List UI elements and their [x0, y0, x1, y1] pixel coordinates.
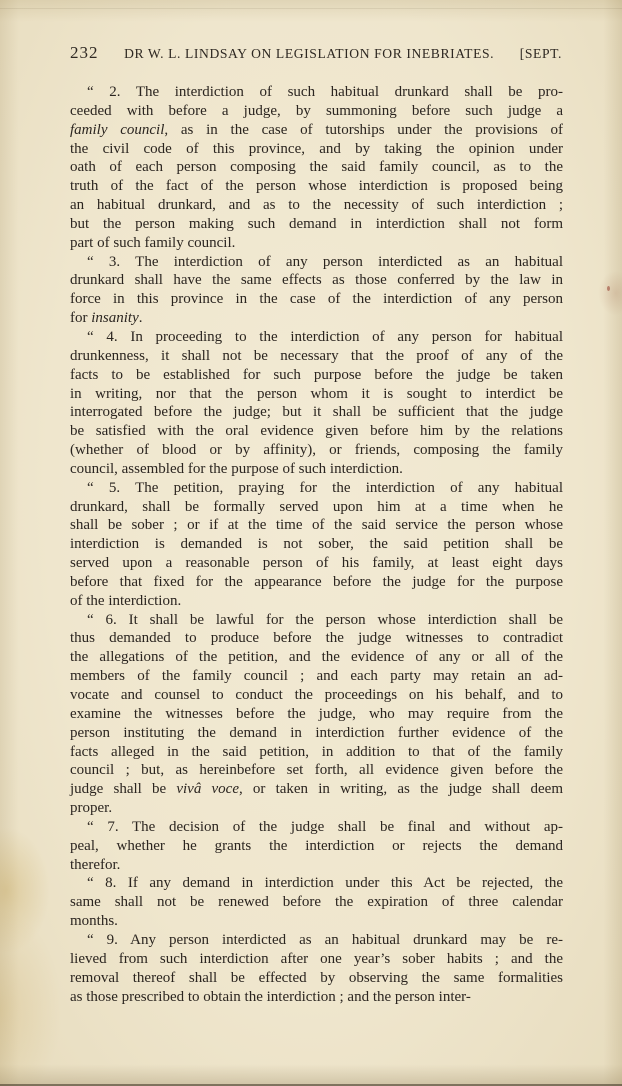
text-line: members of the family council ; and each…: [70, 667, 563, 686]
text-line: shall be sober ; or if at the time of th…: [70, 516, 563, 535]
text-line: served upon a reasonable person of his f…: [70, 554, 563, 573]
text-line: interdiction is demanded is not sober, t…: [70, 535, 563, 554]
paragraph: “ 7. The decision of the judge shall be …: [70, 818, 563, 875]
paragraph: “ 9. Any person interdicted as an habitu…: [70, 931, 563, 1006]
paragraph: “ 2. The interdiction of such habitual d…: [70, 83, 563, 253]
text-line: but the person making such demand in int…: [70, 215, 563, 234]
text-line: oath of each person composing the said f…: [70, 158, 563, 177]
text-line: the civil code of this province, and by …: [70, 140, 563, 159]
text-line: lieved from such interdiction after one …: [70, 950, 563, 969]
text-line: council, assembled for the purpose of su…: [70, 460, 563, 479]
text-line: council ; but, as hereinbefore set forth…: [70, 761, 563, 780]
paragraph: “ 4. In proceeding to the interdiction o…: [70, 328, 563, 479]
header-date: [SEPT.: [520, 46, 562, 62]
text-line: proper.: [70, 799, 563, 818]
text-line: (whether of blood or by affinity), or fr…: [70, 441, 563, 460]
text-line: be satisfied with the oral evidence give…: [70, 422, 563, 441]
text-line: person instituting the demand in interdi…: [70, 724, 563, 743]
text-line: truth of the fact of the person whose in…: [70, 177, 563, 196]
text-line: judge shall be vivâ voce, or taken in wr…: [70, 780, 563, 799]
text-line: an habitual drunkard, and as to the nece…: [70, 196, 563, 215]
paragraph: “ 5. The petition, praying for the inter…: [70, 479, 563, 611]
paragraph: “ 6. It shall be lawful for the person w…: [70, 611, 563, 818]
page-text: “ 2. The interdiction of such habitual d…: [70, 83, 563, 1006]
text-line: vocate and counsel to conduct the procee…: [70, 686, 563, 705]
text-line: “ 9. Any person interdicted as an habitu…: [70, 931, 563, 950]
text-line: removal thereof shall be effected by obs…: [70, 969, 563, 988]
text-line: drunkenness, it shall not be necessary t…: [70, 347, 563, 366]
text-line: facts alleged in the said petition, in a…: [70, 743, 563, 762]
paragraph: “ 8. If any demand in interdiction under…: [70, 874, 563, 931]
text-line: for insanity.: [70, 309, 563, 328]
text-line: “ 4. In proceeding to the interdiction o…: [70, 328, 563, 347]
text-line: ceeded with before a judge, by summoning…: [70, 102, 563, 121]
text-line: “ 5. The petition, praying for the inter…: [70, 479, 563, 498]
page-number: 232: [70, 43, 99, 63]
paper-stain: [607, 286, 610, 291]
text-line: in writing, nor that the person whom it …: [70, 385, 563, 404]
text-line: part of such family council.: [70, 234, 563, 253]
text-line: before that fixed for the appearance bef…: [70, 573, 563, 592]
header-title: DR W. L. LINDSAY ON LEGISLATION FOR INEB…: [99, 46, 520, 62]
text-line: “ 3. The interdiction of any person inte…: [70, 253, 563, 272]
text-line: the allegations of the petition, and the…: [70, 648, 563, 667]
book-page: 232 DR W. L. LINDSAY ON LEGISLATION FOR …: [0, 0, 622, 1086]
text-line: therefor.: [70, 856, 563, 875]
text-line: drunkard, shall be formally served upon …: [70, 498, 563, 517]
paper-stain: [556, 637, 559, 640]
text-line: family council, as in the case of tutors…: [70, 121, 563, 140]
text-line: “ 7. The decision of the judge shall be …: [70, 818, 563, 837]
text-line: “ 8. If any demand in interdiction under…: [70, 874, 563, 893]
text-line: facts to be established for such purpose…: [70, 366, 563, 385]
paragraph: “ 3. The interdiction of any person inte…: [70, 253, 563, 328]
running-header: 232 DR W. L. LINDSAY ON LEGISLATION FOR …: [70, 43, 562, 63]
text-line: examine the witnesses before the judge, …: [70, 705, 563, 724]
text-line: as those prescribed to obtain the interd…: [70, 988, 563, 1007]
text-line: same shall not be renewed before the exp…: [70, 893, 563, 912]
text-line: force in this province in the case of th…: [70, 290, 563, 309]
text-line: of the interdiction.: [70, 592, 563, 611]
paper-stain: [268, 654, 271, 657]
text-line: thus demanded to produce before the judg…: [70, 629, 563, 648]
text-line: drunkard shall have the same effects as …: [70, 271, 563, 290]
text-line: interrogated before the judge; but it sh…: [70, 403, 563, 422]
text-line: months.: [70, 912, 563, 931]
text-line: “ 2. The interdiction of such habitual d…: [70, 83, 563, 102]
text-line: peal, whether he grants the interdiction…: [70, 837, 563, 856]
text-line: “ 6. It shall be lawful for the person w…: [70, 611, 563, 630]
